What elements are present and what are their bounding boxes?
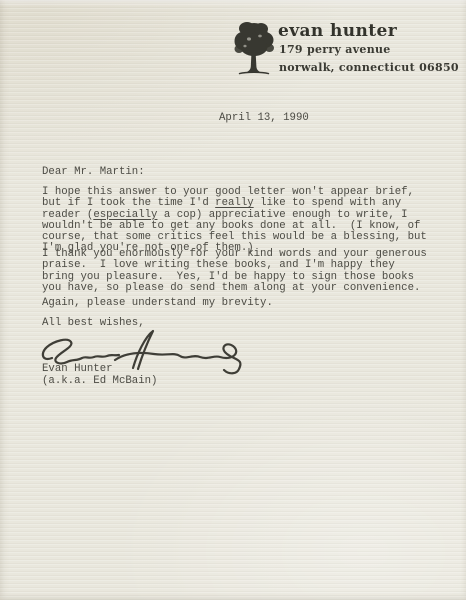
- tree-logo-icon: [233, 19, 275, 77]
- paragraph-1: I hope this answer to your good letter w…: [42, 187, 427, 255]
- typed-line: you have, so please do send them along a…: [42, 283, 427, 294]
- typed-alias: (a.k.a. Ed McBain): [42, 376, 157, 387]
- letterhead-name: evan hunter: [278, 21, 397, 41]
- salutation: Dear Mr. Martin:: [42, 167, 145, 178]
- brevity-line: Again, please understand my brevity.: [42, 298, 273, 309]
- scanned-letter-page: evan hunter 179 perry avenue norwalk, co…: [0, 0, 466, 600]
- paragraph-2: I thank you enormously for your kind wor…: [42, 249, 427, 294]
- letterhead-address-line1: 179 perry avenue: [279, 43, 391, 56]
- letterhead-address-line2: norwalk, connecticut 06850: [279, 61, 459, 74]
- typed-name: Evan Hunter: [42, 364, 113, 375]
- letter-date: April 13, 1990: [219, 113, 309, 124]
